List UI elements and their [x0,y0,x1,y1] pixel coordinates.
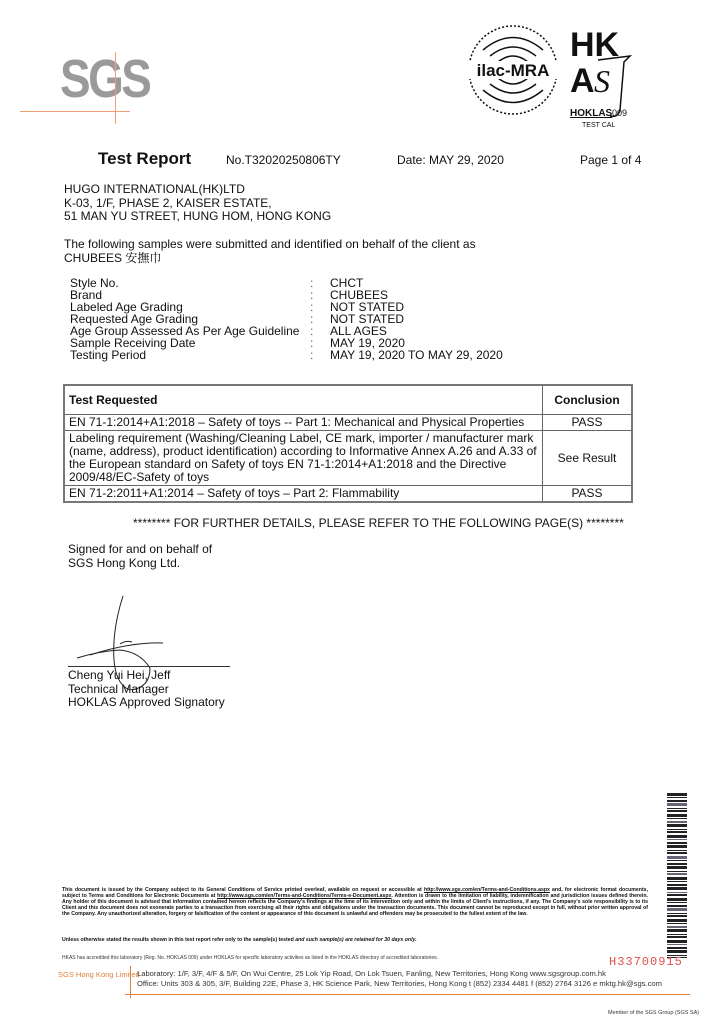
svg-text:A: A [570,62,595,100]
conclusion-cell: PASS [543,415,633,431]
test-cell: EN 71-2:2011+A1:2014 – Safety of toys – … [64,486,543,503]
conclusion-cell: See Result [543,431,633,486]
signatory-title: Technical Manager [68,683,225,697]
table-row: Labeling requirement (Washing/Cleaning L… [64,431,632,486]
hkas-logo-icon: HK A S HOKLAS 009 TEST CAL [568,20,638,130]
test-cell: Labeling requirement (Washing/Cleaning L… [64,431,543,486]
svg-text:TEST CAL: TEST CAL [582,122,615,129]
signatory-role: HOKLAS Approved Signatory [68,696,225,710]
footer-laboratory: Laboratory: 1/F, 3/F, 4/F & 5/F, On Wui … [137,969,662,979]
signatory: Cheng Yui Hei, Jeff Technical Manager HO… [68,669,225,710]
signing-company: SGS Hong Kong Ltd. [68,557,212,571]
client-address-line1: K-03, 1/F, PHASE 2, KAISER ESTATE, [64,197,331,211]
footer-member: Member of the SGS Group (SGS SA) [608,1010,699,1016]
hkas-note: HKAS has accredited this laboratory (Reg… [62,955,438,961]
logo-rule-vertical [115,52,116,124]
report-date: Date: MAY 29, 2020 [397,153,504,167]
reference-number: H33700915 [609,955,683,969]
barcode-icon [667,793,687,958]
test-cell: EN 71-1:2014+A1:2018 – Safety of toys --… [64,415,543,431]
footer-company: SGS Hong Kong Limited [58,970,140,979]
column-header-test: Test Requested [64,385,543,415]
footer-address: Laboratory: 1/F, 3/F, 4/F & 5/F, On Wui … [137,969,662,988]
sample-info: Style No.:CHCT Brand:CHUBEES Labeled Age… [70,277,503,361]
submission-client: CHUBEES 安撫巾 [64,252,476,266]
svg-text:ilac-MRA: ilac-MRA [477,61,550,80]
column-header-conclusion: Conclusion [543,385,633,415]
ilac-mra-logo-icon: ilac-MRA [458,20,568,120]
footer-office: Office: Units 303 & 305, 3/F, Building 2… [137,979,662,989]
info-row: Testing Period:MAY 19, 2020 TO MAY 29, 2… [70,349,503,361]
submission-statement: The following samples were submitted and… [64,238,476,265]
svg-text:009: 009 [612,108,627,118]
footer-rule [125,994,690,995]
results-note: Unless otherwise stated the results show… [62,937,417,943]
signed-for-text: Signed for and on behalf of [68,543,212,557]
table-row: EN 71-1:2014+A1:2018 – Safety of toys --… [64,415,632,431]
client-address-line2: 51 MAN YU STREET, HUNG HOM, HONG KONG [64,210,331,224]
table-row: EN 71-2:2011+A1:2014 – Safety of toys – … [64,486,632,503]
logo-rule [20,111,130,112]
client-address: HUGO INTERNATIONAL(HK)LTD K-03, 1/F, PHA… [64,183,331,224]
disclaimer-text: This document is issued by the Company s… [62,887,648,917]
results-table: Test Requested Conclusion EN 71-1:2014+A… [63,384,633,503]
sgs-logo: SGS [60,52,149,106]
page-indicator: Page 1 of 4 [580,153,641,167]
conclusion-cell: PASS [543,486,633,503]
signatory-name: Cheng Yui Hei, Jeff [68,669,225,683]
submission-intro: The following samples were submitted and… [64,238,476,252]
further-details-note: ******** FOR FURTHER DETAILS, PLEASE REF… [133,516,624,530]
signature-line [68,666,230,667]
client-name: HUGO INTERNATIONAL(HK)LTD [64,183,331,197]
svg-text:S: S [594,63,610,99]
svg-text:HOKLAS: HOKLAS [570,108,613,119]
e-document-terms-link[interactable]: http://www.sgs.com/en/Terms-and-Conditio… [217,893,391,899]
report-title: Test Report [98,149,191,169]
info-row: Style No.:CHCT [70,277,503,289]
signed-for: Signed for and on behalf of SGS Hong Kon… [68,543,212,570]
terms-link[interactable]: http://www.sgs.com/en/Terms-and-Conditio… [424,887,550,893]
report-number: No.T32020250806TY [226,153,341,167]
